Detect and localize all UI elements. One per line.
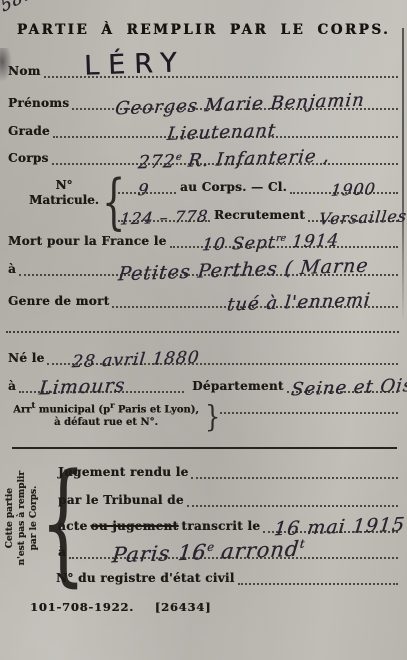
field-row-registre: N° du registre d'état civil <box>56 561 398 585</box>
section-separator-dotted <box>6 331 399 333</box>
arr-municipal-label: Arrt municipal (pr Paris et Lyon), à déf… <box>8 400 204 429</box>
scan-edge-line <box>402 28 404 323</box>
dotted-line-genre-de-mort: tué à l'ennemi <box>112 282 398 308</box>
field-value-mort-a: Petites Perthes ( Marne <box>117 255 370 286</box>
field-label-transcrit-le: transcrit le <box>181 520 263 533</box>
dotted-line-departement: Seine et Oise <box>287 367 398 393</box>
field-row-tribunal: par le Tribunal de <box>58 483 398 507</box>
side-note-line1: Cette partie <box>4 458 16 578</box>
field-row-genre-de-mort: Genre de mort tué à l'ennemi <box>8 284 398 308</box>
field-label-registre: N° du registre d'état civil <box>56 572 238 585</box>
arr-municipal-label-line2: à défaut rue et N°. <box>8 416 204 429</box>
field-value-genre-de-mort: tué à l'ennemi <box>226 289 372 315</box>
dotted-line-transcrit-a: Paris 16e arrondt <box>69 533 398 559</box>
field-value-classe: 1900 <box>330 179 377 200</box>
field-row-mort-a: à Petites Perthes ( Marne <box>8 252 398 276</box>
print-reference-bracket: [26434] <box>155 600 212 614</box>
field-label-ne-a: à <box>8 380 19 393</box>
label-au-corps: au Corps. — Cl. <box>176 181 290 194</box>
side-note-rotated: Cette partie n'est pas à remplir par le … <box>4 458 40 578</box>
dotted-line-mort-le: 10 Septre 1914 <box>170 222 398 248</box>
field-value-num-au-corps: 9 <box>137 180 150 199</box>
dotted-line-transcrit: 16 mai 1915 <box>263 507 398 533</box>
matricule-label-line2: Matricule. <box>28 193 100 208</box>
arr-municipal-brace: } <box>205 399 220 434</box>
field-row-transcrit: acte ou jugement transcrit le 16 mai 191… <box>58 509 398 533</box>
print-reference: 101-708-1922. [26434] <box>30 600 211 614</box>
arr-municipal-label-line1: Arrt municipal (pr Paris et Lyon), <box>8 400 204 416</box>
dotted-line-num-corps: 9 <box>118 170 176 194</box>
field-row-naissance: à Limours Département Seine et Oise <box>8 369 398 393</box>
field-label-mort-a: à <box>8 263 19 276</box>
dotted-line-num-recrutement: 124 – 778 <box>118 198 210 222</box>
dotted-line-registre <box>238 559 398 585</box>
side-note-line2: n'est pas à remplir <box>16 458 28 578</box>
field-label-tribunal: par le Tribunal de <box>58 494 187 507</box>
dotted-line-corps: 272e R. Infanterie , <box>52 139 398 165</box>
dotted-line-classe: 1900 <box>290 170 398 194</box>
field-row-corps: Corps 272e R. Infanterie , <box>8 141 398 165</box>
record-card: 25813 PARTIE À REMPLIR PAR LE CORPS. Nom… <box>0 0 407 660</box>
field-label-ne-le: Né le <box>8 352 47 365</box>
matricule-row-corps: 9 au Corps. — Cl. 1900 <box>118 172 398 194</box>
field-label-transcrit-a: à <box>58 546 69 559</box>
field-row-ne-le: Né le 28 avril 1880 <box>8 341 398 365</box>
field-row-grade: Grade Lieutenant <box>8 114 398 138</box>
field-label-transcrit-struck: ou jugement <box>90 520 181 533</box>
field-row-transcrit-a: à Paris 16e arrondt <box>58 535 398 559</box>
field-row-nom: Nom LÉRY <box>8 52 398 78</box>
dotted-line-recrutement-lieu: Versailles <box>308 198 398 222</box>
field-label-mort-le: Mort pour la France le <box>8 235 170 248</box>
dotted-line-ne-a: Limours <box>19 367 184 393</box>
field-label-corps: Corps <box>8 152 52 165</box>
field-row-mort-le: Mort pour la France le 10 Septre 1914 <box>8 224 398 248</box>
dotted-line-prenoms: Georges Marie Benjamin <box>72 84 398 110</box>
side-note-line3: par le Corps. <box>28 458 40 578</box>
matricule-block: N° Matricule. { 9 au Corps. — Cl. 1900 1… <box>8 172 398 222</box>
field-label-departement: Département <box>184 380 287 393</box>
dotted-line-grade: Lieutenant <box>53 112 398 138</box>
field-label-grade: Grade <box>8 125 53 138</box>
matricule-label: N° Matricule. <box>28 178 100 208</box>
print-reference-code: 101-708-1922. <box>30 600 134 614</box>
dotted-line-arr-municipal <box>220 400 398 414</box>
dotted-line-jugement-rendu <box>191 453 398 479</box>
matricule-row-recrutement: 124 – 778 Recrutement Versailles <box>118 200 398 222</box>
dotted-line-ne-le: 28 avril 1880 <box>47 339 398 365</box>
dotted-line-tribunal <box>187 481 398 507</box>
dotted-line-mort-a: Petites Perthes ( Marne <box>19 250 398 276</box>
corner-number-handwritten: 25813 <box>0 0 47 22</box>
field-label-jugement-rendu: Jugement rendu le <box>58 466 191 479</box>
page-title: PARTIE À REMPLIR PAR LE CORPS. <box>0 22 407 38</box>
field-row-jugement-rendu: Jugement rendu le <box>58 455 398 479</box>
label-recrutement: Recrutement <box>210 209 308 222</box>
matricule-label-line1: N° <box>28 178 100 193</box>
field-value-departement: Seine et Oise <box>290 375 407 401</box>
field-value-ne-a: Limours <box>38 374 127 399</box>
field-label-nom: Nom <box>8 65 44 78</box>
field-label-prenoms: Prénoms <box>8 97 72 110</box>
field-label-transcrit-acte: acte <box>58 520 90 533</box>
field-row-prenoms: Prénoms Georges Marie Benjamin <box>8 86 398 110</box>
arr-municipal-block: Arrt municipal (pr Paris et Lyon), à déf… <box>8 400 398 430</box>
field-label-genre-de-mort: Genre de mort <box>8 295 112 308</box>
matricule-lines: 9 au Corps. — Cl. 1900 124 – 778 Recrute… <box>118 172 398 222</box>
dotted-line-nom: LÉRY <box>44 50 398 78</box>
field-value-nom: LÉRY <box>83 47 186 82</box>
